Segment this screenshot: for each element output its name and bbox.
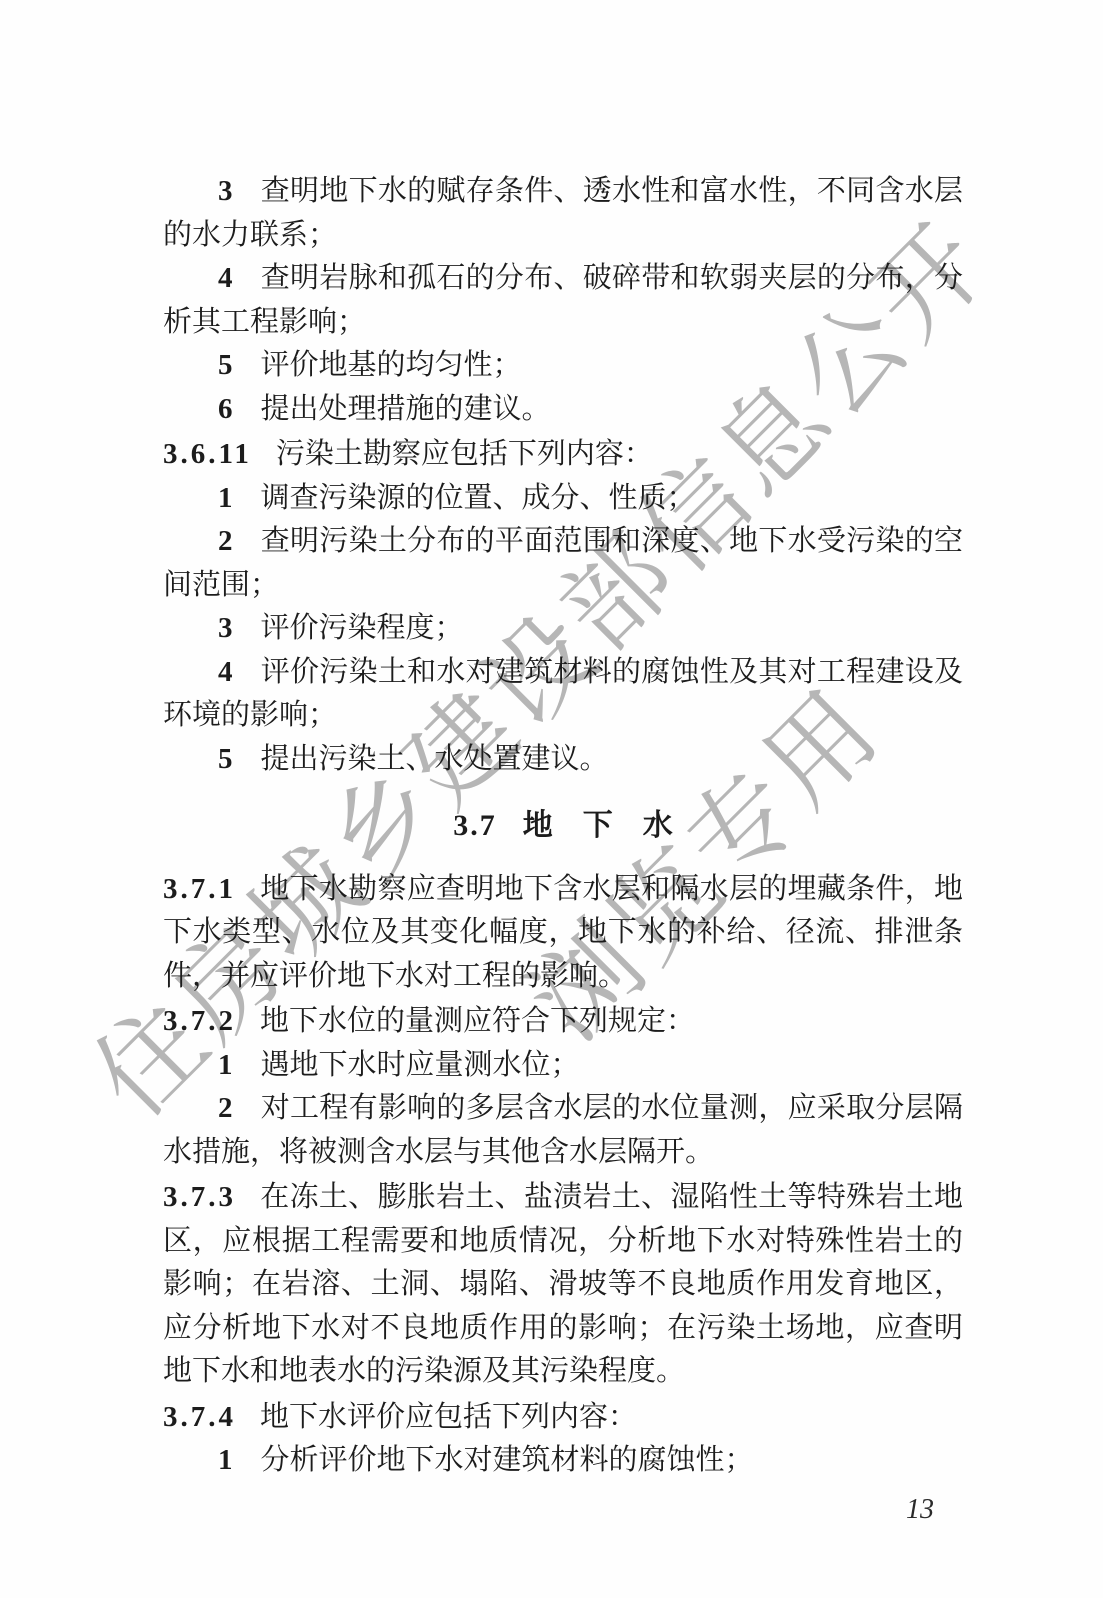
list-item: 5评价地基的均匀性； <box>163 344 963 388</box>
clause-3-7-1: 3.7.1地下水勘察应查明地下含水层和隔水层的埋藏条件，地下水类型、水位及其变化… <box>163 868 963 999</box>
item-text: 评价污染程度； <box>261 612 464 644</box>
clause-number: 3.7.2 <box>163 1005 236 1037</box>
item-text: 评价污染土和水对建筑材料的腐蚀性及其对工程建设及环境的影响； <box>163 656 963 732</box>
list-item: 4查明岩脉和孤石的分布、破碎带和软弱夹层的分布，分析其工程影响； <box>163 257 963 344</box>
list-item: 4评价污染土和水对建筑材料的腐蚀性及其对工程建设及环境的影响； <box>163 651 963 738</box>
clause-number: 3.7.3 <box>163 1181 236 1213</box>
clause-3-6-11: 3.6.11污染土勘察应包括下列内容： <box>163 433 963 477</box>
item-number: 5 <box>218 743 233 775</box>
clause-number: 3.6.11 <box>163 438 252 470</box>
clause-3-7-2: 3.7.2地下水位的量测应符合下列规定： <box>163 1000 963 1044</box>
item-number: 3 <box>218 175 233 207</box>
section-title: 地 下 水 <box>523 809 673 842</box>
item-text: 评价地基的均匀性； <box>261 349 522 381</box>
clause-number: 3.7.4 <box>163 1401 236 1433</box>
item-number: 1 <box>218 1049 233 1081</box>
list-item: 1调查污染源的位置、成分、性质； <box>163 477 963 521</box>
item-text: 对工程有影响的多层含水层的水位量测，应采取分层隔水措施，将被测含水层与其他含水层… <box>163 1092 963 1168</box>
clause-3-7-3: 3.7.3在冻土、膨胀岩土、盐渍岩土、湿陷性土等特殊岩土地区，应根据工程需要和地… <box>163 1176 963 1394</box>
item-text: 提出处理措施的建议。 <box>261 393 551 425</box>
item-number: 5 <box>218 349 233 381</box>
item-text: 调查污染源的位置、成分、性质； <box>261 482 696 514</box>
item-number: 6 <box>218 393 233 425</box>
list-item: 2查明污染土分布的平面范围和深度、地下水受污染的空间范围； <box>163 520 963 607</box>
clause-number: 3.7.1 <box>163 873 236 905</box>
list-item: 3查明地下水的赋存条件、透水性和富水性，不同含水层的水力联系； <box>163 170 963 257</box>
clause-3-7-4: 3.7.4地下水评价应包括下列内容： <box>163 1396 963 1440</box>
section-heading: 3.7地 下 水 <box>163 804 963 848</box>
item-text: 查明污染土分布的平面范围和深度、地下水受污染的空间范围； <box>163 525 963 601</box>
item-text: 遇地下水时应量测水位； <box>261 1049 580 1081</box>
item-number: 4 <box>218 262 233 294</box>
item-number: 2 <box>218 1092 233 1124</box>
document-page: 住房城乡建设部信息公开 浏览专用 3查明地下水的赋存条件、透水性和富水性，不同含… <box>0 0 1103 1598</box>
list-item: 5提出污染土、水处置建议。 <box>163 738 963 782</box>
list-item: 1分析评价地下水对建筑材料的腐蚀性； <box>163 1439 963 1483</box>
item-number: 3 <box>218 612 233 644</box>
list-item: 3评价污染程度； <box>163 607 963 651</box>
section-number: 3.7 <box>453 809 497 842</box>
item-text: 分析评价地下水对建筑材料的腐蚀性； <box>261 1444 754 1476</box>
list-item: 2对工程有影响的多层含水层的水位量测，应采取分层隔水措施，将被测含水层与其他含水… <box>163 1087 963 1174</box>
item-number: 1 <box>218 482 233 514</box>
clause-text: 污染土勘察应包括下列内容： <box>276 438 653 470</box>
item-text: 提出污染土、水处置建议。 <box>261 743 609 775</box>
clause-text: 地下水勘察应查明地下含水层和隔水层的埋藏条件，地下水类型、水位及其变化幅度，地下… <box>163 873 963 992</box>
clause-text: 地下水评价应包括下列内容： <box>260 1401 637 1433</box>
clause-text: 在冻土、膨胀岩土、盐渍岩土、湿陷性土等特殊岩土地区，应根据工程需要和地质情况，分… <box>163 1181 963 1387</box>
page-number: 13 <box>880 1494 960 1526</box>
clause-text: 地下水位的量测应符合下列规定： <box>260 1005 695 1037</box>
item-text: 查明岩脉和孤石的分布、破碎带和软弱夹层的分布，分析其工程影响； <box>163 262 963 338</box>
item-number: 4 <box>218 656 233 688</box>
item-number: 1 <box>218 1444 233 1476</box>
list-item: 6提出处理措施的建议。 <box>163 388 963 432</box>
item-text: 查明地下水的赋存条件、透水性和富水性，不同含水层的水力联系； <box>163 175 963 251</box>
item-number: 2 <box>218 525 233 557</box>
page-body: 3查明地下水的赋存条件、透水性和富水性，不同含水层的水力联系； 4查明岩脉和孤石… <box>163 170 963 1483</box>
list-item: 1遇地下水时应量测水位； <box>163 1044 963 1088</box>
